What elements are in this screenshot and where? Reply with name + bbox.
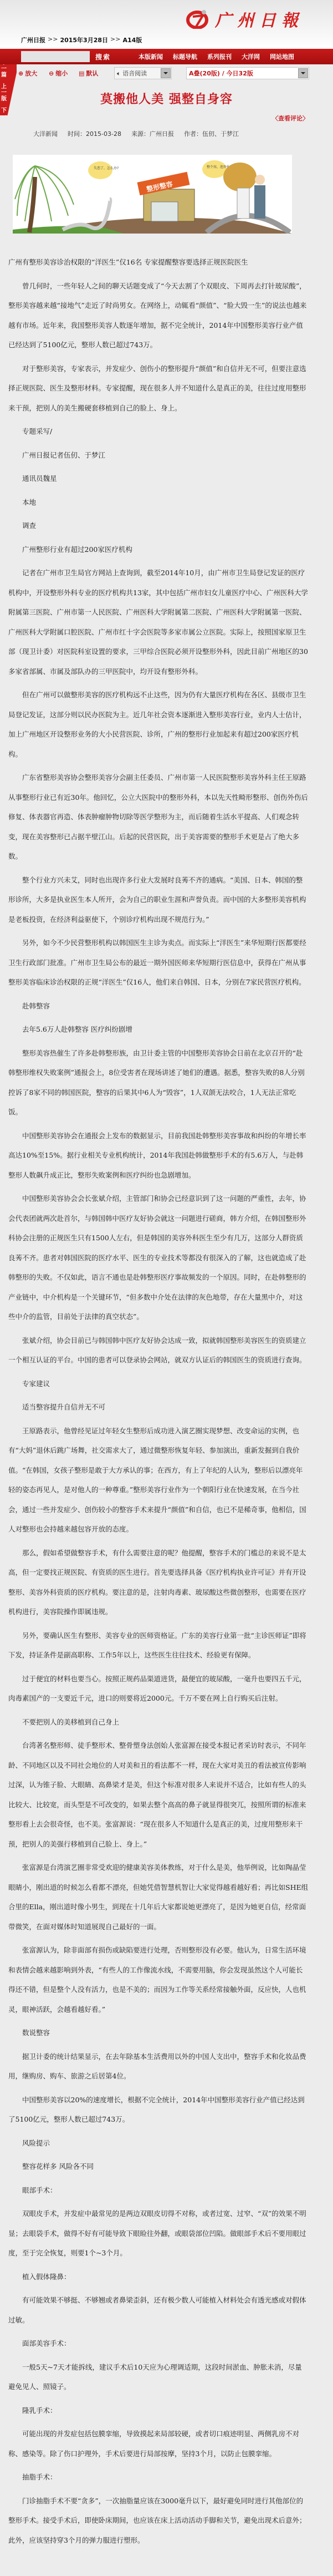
prev-page-link[interactable]: 上一版 (1, 84, 7, 102)
article-paragraph: 广州日报记者伍仞、于梦江 (8, 445, 309, 465)
article-paragraph: 本地 (8, 493, 309, 513)
zoom-out-icon: ⊖ (49, 70, 54, 77)
svg-text:失恋了，怎么办?: 失恋了，怎么办? (94, 166, 119, 170)
article-paragraph: 但在广州可以做整形美容的医疗机构远不止这些，因为仍有大量医疗机构在各区、县级市卫… (8, 685, 309, 764)
article-paragraph: 另外，如今不少民营整形机构以韩国医生主诊为卖点。而实际上“洋医生”来华短期行医都… (8, 933, 309, 992)
meta-time: 时间：2015-03-28 (68, 129, 121, 138)
breadcrumb: 广州日报 >> 2015年3月28日 >> A14版 (21, 36, 142, 44)
article-illustration: 失恋了，怎么办? 整个容，泡许仙! 整形整容 (13, 155, 292, 234)
article-paragraph: 专家建议 (8, 1374, 309, 1394)
article-paragraph: 植入假体隆鼻： (8, 2267, 309, 2287)
cartoon-illustration: 失恋了，怎么办? 整个容，泡许仙! 整形整容 (13, 155, 292, 234)
article-paragraph: 双眼皮手术，并发症中最常见的是两边双眼皮切得不对称，或者过宽、过窄、“双”的效果… (8, 2204, 309, 2263)
logo-text: 广州日報 (215, 7, 304, 31)
article-paragraph: 有可能效果不够挺、不够翘或者鼻梁歪斜，还有极少数人可能植入材料处会有透光感或对假… (8, 2290, 309, 2330)
nav-dayoo[interactable]: 大洋网 (242, 52, 260, 61)
chevron-down-icon[interactable] (298, 68, 308, 78)
article-paragraph: 那么，假如希望做整容手术，有什么需要注意的呢？他提醒，整容手术的门槛总的来说不是… (8, 1543, 309, 1622)
article-paragraph: 台湾著名整形师、徒手整形术、整骨塑身法创始人张富源在接受本报记者采访时表示，不同… (8, 1736, 309, 1854)
article-paragraph: 曾几何时，一些年轻人之间的聊天话题变成了“今天去割了个双眼皮、下周再去打针玻尿酸… (8, 276, 309, 355)
view-comments-link[interactable]: 〈查看评论〉 (272, 114, 309, 123)
article-paragraph: 可能出现的并发症包括包膜挛缩，导致摸起来局部较硬，或者切口痕迹明显、两侧乳房不对… (8, 2424, 309, 2463)
article-paragraph: 整个行业方兴未艾，同时也出现许多行业大发展时良莠不齐的通病。“美国、日本、韩国的… (8, 870, 309, 930)
next-page-link[interactable]: 下一版 (1, 108, 7, 126)
article-paragraph: 赴韩整容 (8, 996, 309, 1016)
nav-page-news[interactable]: 本版新闻 (139, 52, 163, 61)
nav-title-guide[interactable]: 标题导航 (173, 52, 197, 61)
article-paragraph: 风险提示 (8, 2133, 309, 2153)
article-paragraph: 记者在广州市卫生局官方网站上查询到，截至2014年10月，由广州市卫生局登记发证… (8, 563, 309, 681)
article-paragraph: 调查 (8, 516, 309, 536)
zoom-out-label: 缩小 (55, 69, 68, 78)
article-paragraph: 中国整形美容协会在通报会上发布的数据显示，目前我国赴韩整形美容事故和纠纷的年增长… (8, 1126, 309, 1185)
zoom-in-label: 放大 (25, 69, 37, 78)
edition-select[interactable]: A叠(20版) / 今日32版 (186, 67, 309, 79)
article-paragraph: 广州整形行业有超过200家医疗机构 (8, 540, 309, 560)
article-paragraph: 去年5.6万人赴韩整容 医疗纠纷剧增 (8, 1020, 309, 1039)
nav-links: 本版新闻 标题导航 系列报刊 大洋网 网站地图 (139, 52, 294, 61)
article-paragraph: 据卫计委的统计结果显示，在去年除基本生活费用以外的中国人支出中，整容手术和化妆品… (8, 2047, 309, 2086)
breadcrumb-date[interactable]: 2015年3月28日 (60, 36, 108, 44)
article-title: 莫搬他人美 强整自身容 (0, 90, 333, 107)
article-paragraph: 王原路表示，他曾经见证过年轻女生整形后成功进入演艺圈实现梦想、改变命运的实例，也… (8, 1421, 309, 1539)
article-paragraph: 通讯员魏星 (8, 469, 309, 489)
article-paragraph: 中国整形美容协会会长张斌介绍，主管部门和协会已经意识到了这一问题的严重性，去年，… (8, 1189, 309, 1327)
article-paragraph: 另外，要确认医生有整形、美容专业的医师资格证。广东的美容行业第一批“主诊医师证”… (8, 1626, 309, 1665)
nav-series-papers[interactable]: 系列报刊 (207, 52, 232, 61)
article-paragraph: 不要把别人的美移植到自己身上 (8, 1712, 309, 1732)
default-size-label: 默认 (86, 69, 98, 78)
breadcrumb-separator: >> (110, 36, 120, 44)
reading-toolbar: ⊕ 放大 ⊖ 缩小 ▤ 默认 🔈︎ 语音阅读 A叠(20版) / 今日32版 (0, 64, 333, 82)
chevron-down-icon[interactable] (161, 68, 171, 78)
article-paragraphs: 曾几何时，一些年轻人之间的聊天话题变成了“今天去割了个双眼皮、下周再去打针玻尿酸… (8, 276, 309, 2550)
article-paragraph: 一般5天~7天才能拆线，建议手术后10天应为心理调适期，这段时间淤血、肿胀未消，… (8, 2357, 309, 2397)
article-paragraph: 眼部手术： (8, 2181, 309, 2200)
article-paragraph: 抽脂手术： (8, 2467, 309, 2487)
article-paragraph: 对于整形美容，专家表示，并发症少、创伤小的整形提升“颜值”和自信并无不可，但要注… (8, 359, 309, 418)
article-paragraph: 张富源认为，除非面部有损伤或缺陷要进行处理，否则整形没有必要。他认为，日常生活环… (8, 1940, 309, 2019)
article-lead: 广州有整形美容诊治权限的“洋医生”仅16名 专家提醒整容要选择正规医院医生 (8, 252, 309, 272)
article-paragraph: 广东省整形美容协会整形美容分会副主任委员、广州市第一人民医院整形美容外科主任王原… (8, 768, 309, 866)
article-paragraph: 张斌介绍，协会目前已与韩国韩中医疗友好协会达成一致，拟就韩国整形美容医生的资质建… (8, 1331, 309, 1370)
article-paragraph: 隆乳手术： (8, 2401, 309, 2421)
speaker-icon: 🔈︎ (117, 70, 122, 77)
search-button[interactable]: 搜索 (95, 52, 111, 62)
breadcrumb-newspaper[interactable]: 广州日报 (21, 36, 45, 44)
article-body: 广州有整形美容诊治权限的“洋医生”仅16名 专家提醒整容要选择正规医院医生 曾几… (0, 252, 333, 2576)
nav-sitemap[interactable]: 网站地图 (270, 52, 294, 61)
article-paragraph: 整形美容热催生了许多赴韩整形族，由卫计委主管的中国整形美容协会日前在北京召开的“… (8, 1043, 309, 1122)
article-paragraph: 数说整容 (8, 2023, 309, 2043)
site-logo[interactable]: 广州日報 (186, 7, 304, 31)
document-icon: ▤ (79, 70, 84, 77)
zoom-in-button[interactable]: ⊕ 放大 (18, 69, 37, 78)
article-paragraph: 专题采写/ (8, 422, 309, 442)
meta-source: 来源：广州日报 (131, 129, 174, 138)
main-navbar: 搜索 本版新闻 标题导航 系列报刊 大洋网 网站地图 (0, 49, 333, 64)
article-paragraph: 过于便宜的材料也要当心。按照正规药品渠道进货，最便宜的玻尿酸，一毫升也要四五千元… (8, 1669, 309, 1708)
breadcrumb-page[interactable]: A14版 (122, 36, 142, 44)
article-paragraph: 适当整容提升自信并无不可 (8, 1397, 309, 1417)
logo-emblem-icon (186, 9, 211, 29)
site-header: 广州日報 广州日报 >> 2015年3月28日 >> A14版 (0, 0, 333, 49)
article-paragraph: 面部美容手术： (8, 2334, 309, 2354)
article-paragraph: 中国整形美容以20%的速度增长，根据不完全统计，2014年中国整形美容行业产值已… (8, 2090, 309, 2129)
zoom-out-button[interactable]: ⊖ 缩小 (49, 69, 68, 78)
breadcrumb-separator: >> (48, 36, 58, 44)
article-paragraph: 整容花样多 风险各不同 (8, 2157, 309, 2177)
edition-select-value: A叠(20版) / 今日32版 (187, 69, 298, 78)
meta-author: 作者：伍仞、于梦江 (184, 129, 239, 138)
search-input[interactable] (21, 51, 90, 62)
zoom-in-icon: ⊕ (18, 70, 23, 77)
meta-site: 大洋新闻 (33, 129, 58, 138)
article-meta: 大洋新闻 时间：2015-03-28 来源：广州日报 作者：伍仞、于梦江 (0, 129, 333, 138)
voice-reading-value: 🔈︎ 语音阅读 (115, 69, 161, 78)
voice-reading-select[interactable]: 🔈︎ 语音阅读 (114, 67, 172, 79)
default-size-button[interactable]: ▤ 默认 (79, 69, 98, 78)
article-paragraph: 张富源是台湾演艺圈非常受欢迎的健康美容美体教练，对于什么是美，他举例说，比如陶晶… (8, 1858, 309, 1936)
article-paragraph: 门诊抽脂手术不要“贪多”，一次抽脂量应该在3000毫升以下，最好避免同时进行其他… (8, 2491, 309, 2550)
